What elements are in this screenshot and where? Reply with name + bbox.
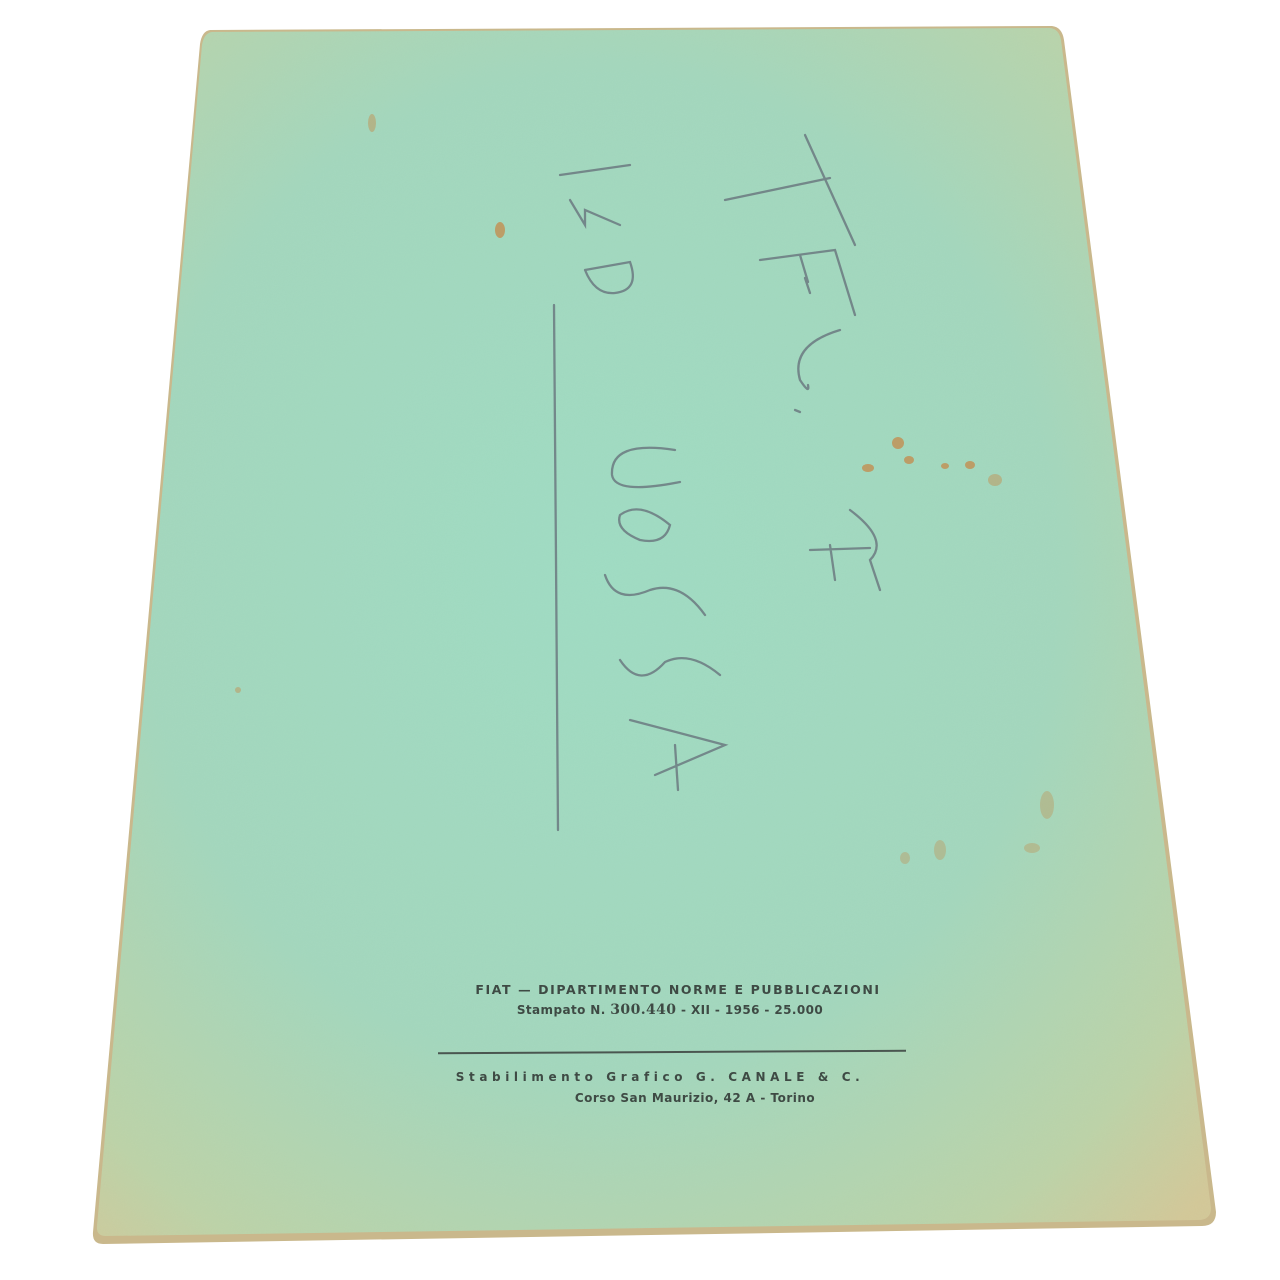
imprint-line-1: FIAT — DIPARTIMENTO NORME E PUBBLICAZION…: [0, 982, 1280, 997]
imprint-line-4: Corso San Maurizio, 42 A - Torino: [0, 1091, 1280, 1105]
imprint-line-3: Stabilimento Grafico G. CANALE & C.: [0, 1070, 1280, 1084]
photo-scene: FIAT — DIPARTIMENTO NORME E PUBBLICAZION…: [0, 0, 1280, 1280]
imprint-line-2: Stampato N. 300.440 - XII - 1956 - 25.00…: [0, 1002, 1280, 1018]
imprint-print-number: 300.440: [610, 1002, 676, 1018]
imprint-date-run: - XII - 1956 - 25.000: [681, 1003, 823, 1017]
booklet-cover: [0, 0, 1280, 1280]
imprint-print-label: Stampato N.: [517, 1003, 606, 1017]
